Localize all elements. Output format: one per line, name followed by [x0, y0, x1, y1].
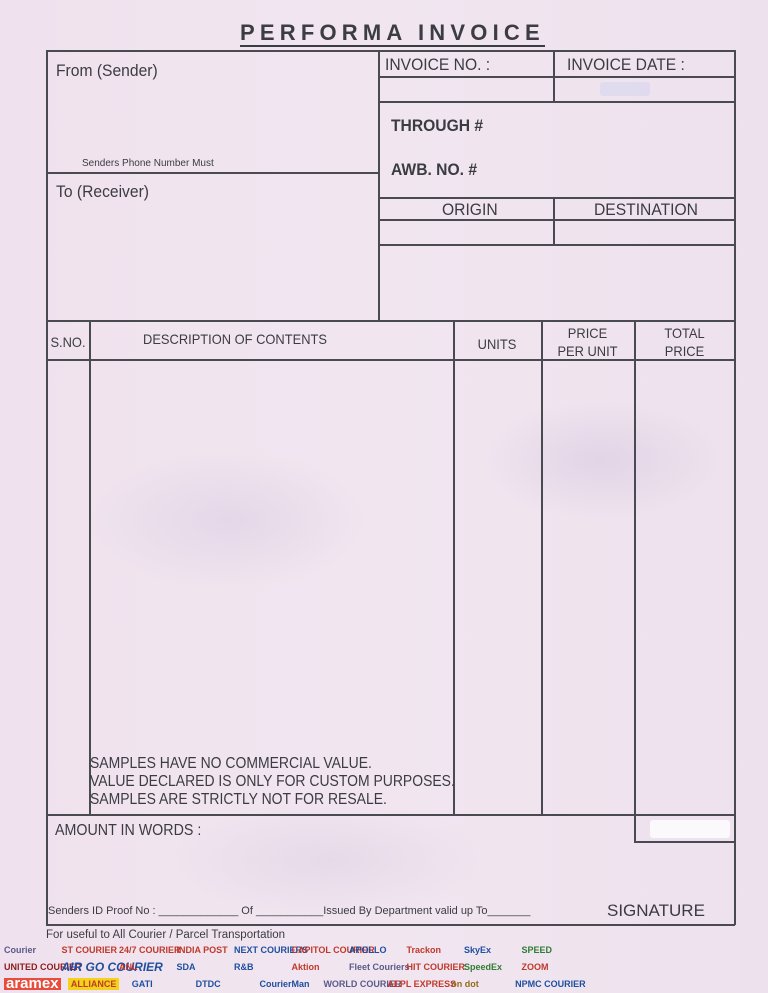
note-line-2: VALUE DECLARED IS ONLY FOR CUSTOM PURPOS… [90, 773, 455, 791]
courier-logo: Courier [4, 944, 36, 956]
address-divider [378, 50, 380, 321]
sample-notes: SAMPLES HAVE NO COMMERCIAL VALUE. VALUE … [90, 755, 455, 809]
ink-smudge [600, 82, 650, 96]
courier-logo: NPMC COURIER [515, 978, 586, 990]
courier-logo: Aktion [292, 961, 320, 973]
origin-field[interactable] [381, 222, 551, 242]
courier-logo: SPEED [522, 944, 553, 956]
courier-logo: SkyEx [464, 944, 491, 956]
amount-in-words-field[interactable] [50, 845, 630, 895]
col-header-units: UNITS [457, 335, 538, 353]
courier-logo: AIR GO COURIER [62, 961, 163, 973]
through-label: THROUGH # [391, 116, 483, 136]
issued-label: Issued By Department valid up To [323, 905, 487, 917]
frame-right-border [734, 50, 736, 925]
table-bottom-line [46, 814, 735, 816]
courier-logo: GATI [132, 978, 153, 990]
courier-logo: SpeedEx [464, 961, 502, 973]
sno-column-body[interactable] [48, 362, 88, 812]
awb-no-label: AWB. NO. # [391, 160, 477, 180]
useful-note: For useful to All Courier / Parcel Trans… [46, 929, 285, 941]
col-header-price-line2: PER UNIT [545, 342, 631, 360]
id-proof-blank[interactable]: _____________ [159, 905, 239, 917]
courier-logo: AEPL EXPRESS [387, 978, 456, 990]
valid-blank[interactable]: _______ [488, 905, 531, 917]
signature-label: SIGNATURE [607, 901, 705, 921]
grand-total-field[interactable] [650, 820, 730, 838]
origin-top-line [378, 197, 735, 199]
table-header-line [46, 359, 735, 361]
courier-logo: on dot [451, 978, 479, 990]
col-header-price-per-unit: PRICE PER UNIT [545, 324, 631, 360]
courier-logo: CourierMan [260, 978, 310, 990]
courier-logo: ZOOM [522, 961, 549, 973]
amount-in-words-label: AMOUNT IN WORDS : [55, 822, 201, 840]
frame-top-border [46, 50, 735, 52]
courier-logo: APOLLO [349, 944, 387, 956]
invoice-date-label: INVOICE DATE : [567, 55, 685, 75]
invoice-label-line [378, 76, 735, 78]
origin-value-line [378, 244, 735, 246]
courier-logo: ANL [119, 961, 138, 973]
total-price-column-body[interactable] [636, 362, 733, 812]
col-header-sno: S.NO. [48, 333, 88, 351]
origin-label: ORIGIN [442, 200, 498, 220]
sender-phone-note: Senders Phone Number Must [82, 158, 214, 169]
note-line-1: SAMPLES HAVE NO COMMERCIAL VALUE. [90, 755, 455, 773]
courier-logo: HIT COURIER [407, 961, 466, 973]
of-label: Of [241, 905, 253, 917]
col-header-total-line2: PRICE [638, 342, 731, 360]
col-header-total-line1: TOTAL [638, 324, 731, 342]
to-receiver-field[interactable] [50, 205, 375, 317]
col-header-price-line1: PRICE [545, 324, 631, 342]
from-sender-field[interactable] [50, 82, 375, 154]
col-header-description: DESCRIPTION OF CONTENTS [102, 330, 369, 348]
invoice-value-line [378, 101, 735, 103]
to-receiver-label: To (Receiver) [56, 182, 149, 202]
destination-label: DESTINATION [594, 200, 698, 220]
courier-logo: Trackon [407, 944, 442, 956]
col-header-total-price: TOTAL PRICE [638, 324, 731, 360]
origin-divider [553, 197, 555, 245]
destination-field[interactable] [556, 222, 732, 242]
sender-receiver-divider [46, 172, 379, 174]
note-line-3: SAMPLES ARE STRICTLY NOT FOR RESALE. [90, 791, 455, 809]
courier-logo: SDA [177, 961, 196, 973]
units-column-body[interactable] [455, 362, 539, 812]
courier-logos-strip: CourierST COURIER24/7 COURIERINDIA POSTN… [0, 942, 580, 993]
invoice-no-label: INVOICE NO. : [385, 55, 490, 75]
price-per-unit-column-body[interactable] [543, 362, 632, 812]
table-top-line [46, 320, 735, 322]
from-sender-label: From (Sender) [56, 61, 158, 81]
courier-logo: aramex [4, 978, 61, 990]
id-proof-label: Senders ID Proof No : [48, 905, 156, 917]
frame-bottom-border [46, 924, 735, 926]
courier-logo: Fleet Couriers [349, 961, 410, 973]
courier-logo: INDIA POST [177, 944, 228, 956]
of-blank[interactable]: ___________ [256, 905, 323, 917]
courier-logo: ALLIANCE [68, 978, 120, 990]
description-column-body[interactable] [91, 362, 451, 747]
courier-logo: DTDC [196, 978, 221, 990]
invoice-no-field[interactable] [381, 79, 551, 99]
courier-logo: ST COURIER [62, 944, 118, 956]
total-box-bottom-line [634, 841, 735, 843]
id-proof-line: Senders ID Proof No : _____________ Of _… [48, 905, 530, 917]
courier-logo: 24/7 COURIER [119, 944, 181, 956]
courier-logo: R&B [234, 961, 254, 973]
page-title: PERFORMA INVOICE [240, 22, 545, 47]
